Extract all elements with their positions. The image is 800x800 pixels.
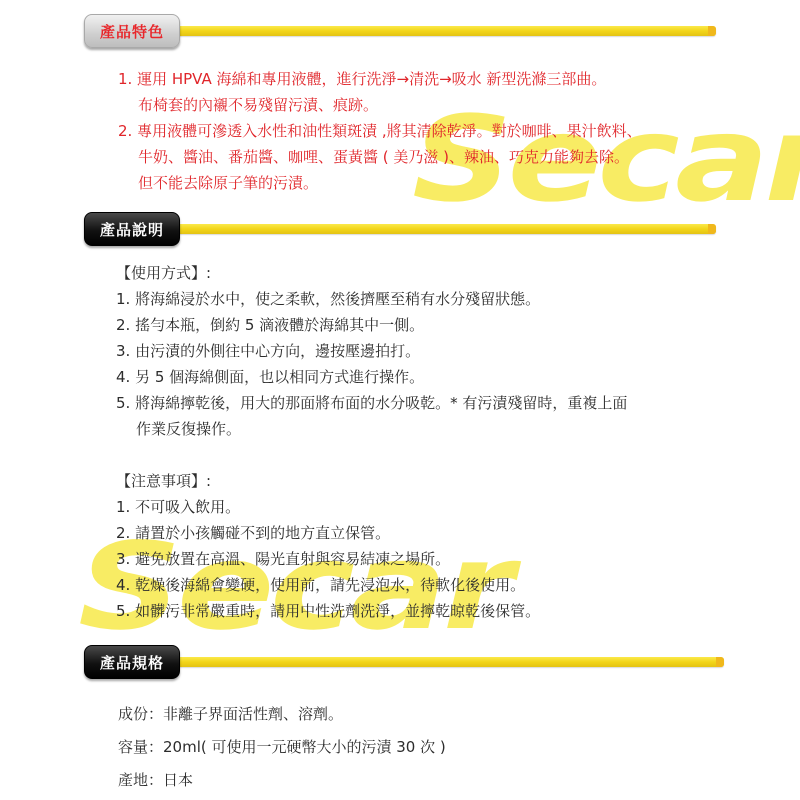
specs-list: 成份：非離子界面活性劑、溶劑。 容量：20ml( 可使用一元硬幣大小的污漬 30… [118, 698, 446, 797]
section-divider-line [178, 224, 716, 234]
section-header-description: 產品說明 [84, 212, 724, 246]
usage-step-2: 2. 搖勻本瓶，倒約 5 滴液體於海綿其中一側。 [116, 312, 627, 338]
feature-item-2-line-3: 但不能去除原子筆的污漬。 [118, 170, 642, 196]
feature-item-2-line-2: 牛奶、醬油、番茄醬、咖哩、蛋黃醬 ( 美乃滋 )、辣油、巧克力能夠去除。 [118, 144, 642, 170]
notes-heading: 【注意事項】: [116, 468, 540, 494]
usage-step-4: 4. 另 5 個海綿側面，也以相同方式進行操作。 [116, 364, 627, 390]
section-tab-description: 產品說明 [84, 212, 180, 246]
spec-capacity: 容量：20ml( 可使用一元硬幣大小的污漬 30 次 ) [118, 731, 446, 764]
section-header-specs: 產品規格 [84, 645, 724, 679]
usage-step-1: 1. 將海綿浸於水中，使之柔軟，然後擠壓至稍有水分殘留狀態。 [116, 286, 627, 312]
usage-step-3: 3. 由污漬的外側往中心方向，邊按壓邊拍打。 [116, 338, 627, 364]
usage-step-5: 5. 將海綿擰乾後，用大的那面將布面的水分吸乾。* 有污漬殘留時，重複上面 [116, 390, 627, 416]
section-header-features: 產品特色 [84, 14, 724, 48]
note-item-2: 2. 請置於小孩觸碰不到的地方直立保管。 [116, 520, 540, 546]
feature-item-1-line-1: 1. 運用 HPVA 海綿和專用液體，進行洗淨→清洗→吸水 新型洗滌三部曲。 [118, 66, 642, 92]
precautions: 【注意事項】: 1. 不可吸入飲用。 2. 請置於小孩觸碰不到的地方直立保管。 … [116, 468, 540, 624]
section-divider-line [178, 26, 716, 36]
feature-item-2-line-1: 2. 專用液體可滲透入水性和油性類斑漬 ,將其清除乾淨。對於咖啡、果汁飲料、 [118, 118, 642, 144]
usage-instructions: 【使用方式】: 1. 將海綿浸於水中，使之柔軟，然後擠壓至稍有水分殘留狀態。 2… [116, 260, 627, 442]
note-item-1: 1. 不可吸入飲用。 [116, 494, 540, 520]
features-list: 1. 運用 HPVA 海綿和專用液體，進行洗淨→清洗→吸水 新型洗滌三部曲。 布… [118, 66, 642, 196]
usage-step-5-continued: 作業反復操作。 [116, 416, 627, 442]
feature-item-1-line-2: 布椅套的內襯不易殘留污漬、痕跡。 [118, 92, 642, 118]
spec-origin: 產地：日本 [118, 764, 446, 797]
spec-ingredients: 成份：非離子界面活性劑、溶劑。 [118, 698, 446, 731]
note-item-5: 5. 如髒污非常嚴重時，請用中性洗劑洗淨，並擰乾晾乾後保管。 [116, 598, 540, 624]
section-divider-line [178, 657, 724, 667]
section-tab-features: 產品特色 [84, 14, 180, 48]
section-tab-specs: 產品規格 [84, 645, 180, 679]
usage-heading: 【使用方式】: [116, 260, 627, 286]
note-item-4: 4. 乾燥後海綿會變硬，使用前，請先浸泡水，待軟化後使用。 [116, 572, 540, 598]
note-item-3: 3. 避免放置在高溫、陽光直射與容易結凍之場所。 [116, 546, 540, 572]
